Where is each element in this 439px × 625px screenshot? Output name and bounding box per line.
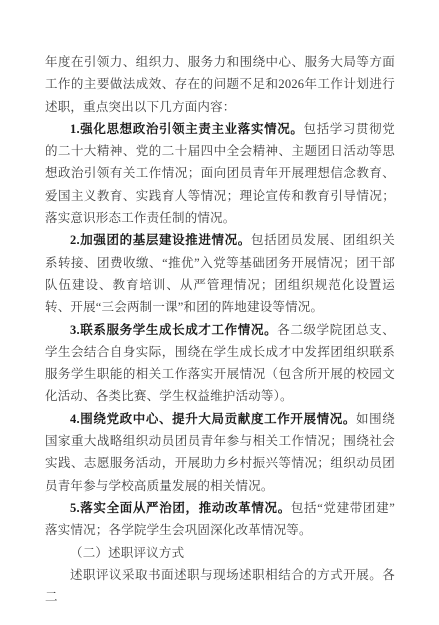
document-body: 年度在引领力、组织力、服务力和围绕中心、服务大局等方面工作的主要做法成效、存在的…	[45, 51, 395, 608]
intro-paragraph: 年度在引领力、组织力、服务力和围绕中心、服务大局等方面工作的主要做法成效、存在的…	[45, 51, 395, 118]
item-1-body: 包括学习贯彻党的二十大精神、党的二十届四中全会精神、主题团日活动等思想政治引领有…	[45, 122, 395, 225]
item-1-heading: 1.强化思想政治引领主责主业落实情况。	[70, 122, 303, 136]
item-3-heading: 3.联系服务学生成长成才工作情况。	[70, 323, 277, 337]
item-2-heading: 2.加强团的基层建设推进情况。	[70, 233, 251, 247]
numbered-item-4: 4.围绕党政中心、提升大局贡献度工作开展情况。如围绕国家重大战略组织动员团员青年…	[45, 408, 395, 497]
numbered-item-2: 2.加强团的基层建设推进情况。包括团员发展、团组织关系转接、团费收缴、“推优”入…	[45, 229, 395, 318]
closing-paragraph: 述职评议采取书面述职与现场述职相结合的方式开展。各二	[45, 564, 395, 609]
item-4-heading: 4.围绕党政中心、提升大局贡献度工作开展情况。	[70, 412, 356, 426]
numbered-item-5: 5.落实全面从严治团，推动改革情况。包括“党建带团建”落实情况；各学院学生会巩固…	[45, 497, 395, 542]
document-page: 年度在引领力、组织力、服务力和围绕中心、服务大局等方面工作的主要做法成效、存在的…	[0, 0, 439, 625]
numbered-item-3: 3.联系服务学生成长成才工作情况。各二级学院团总支、学生会结合自身实际，围绕在学…	[45, 319, 395, 408]
item-5-heading: 5.落实全面从严治团，推动改革情况。	[70, 501, 291, 515]
numbered-item-1: 1.强化思想政治引领主责主业落实情况。包括学习贯彻党的二十大精神、党的二十届四中…	[45, 118, 395, 229]
section-heading: （二）述职评议方式	[45, 542, 395, 564]
